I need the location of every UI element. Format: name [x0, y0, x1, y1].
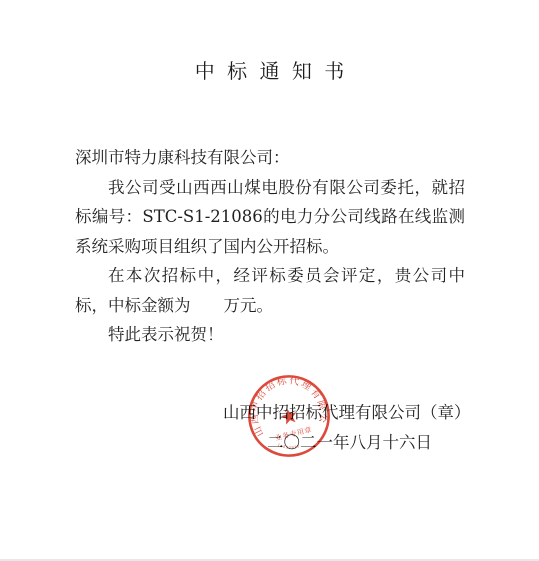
paragraph-3: 特此表示祝贺！ — [75, 320, 465, 350]
signature-company-line: 山西中招招标代理有限公司（章） — [223, 399, 471, 423]
recipient-line: 深圳市特力康科技有限公司： — [75, 143, 465, 173]
paragraph-2: 在本次招标中，经评标委员会评定，贵公司中标，中标金额为 万元。 — [75, 261, 465, 320]
signature-date-line: 二〇二一年八月十六日 — [267, 429, 432, 453]
document-title: 中标通知书 — [0, 55, 539, 84]
paragraph-1: 我公司受山西西山煤电股份有限公司委托，就招标编号：STC-S1-21086的电力… — [75, 173, 465, 262]
document-page: 中标通知书 深圳市特力康科技有限公司： 我公司受山西西山煤电股份有限公司委托，就… — [0, 0, 539, 561]
document-body: 深圳市特力康科技有限公司： 我公司受山西西山煤电股份有限公司委托，就招标编号：S… — [75, 143, 465, 350]
